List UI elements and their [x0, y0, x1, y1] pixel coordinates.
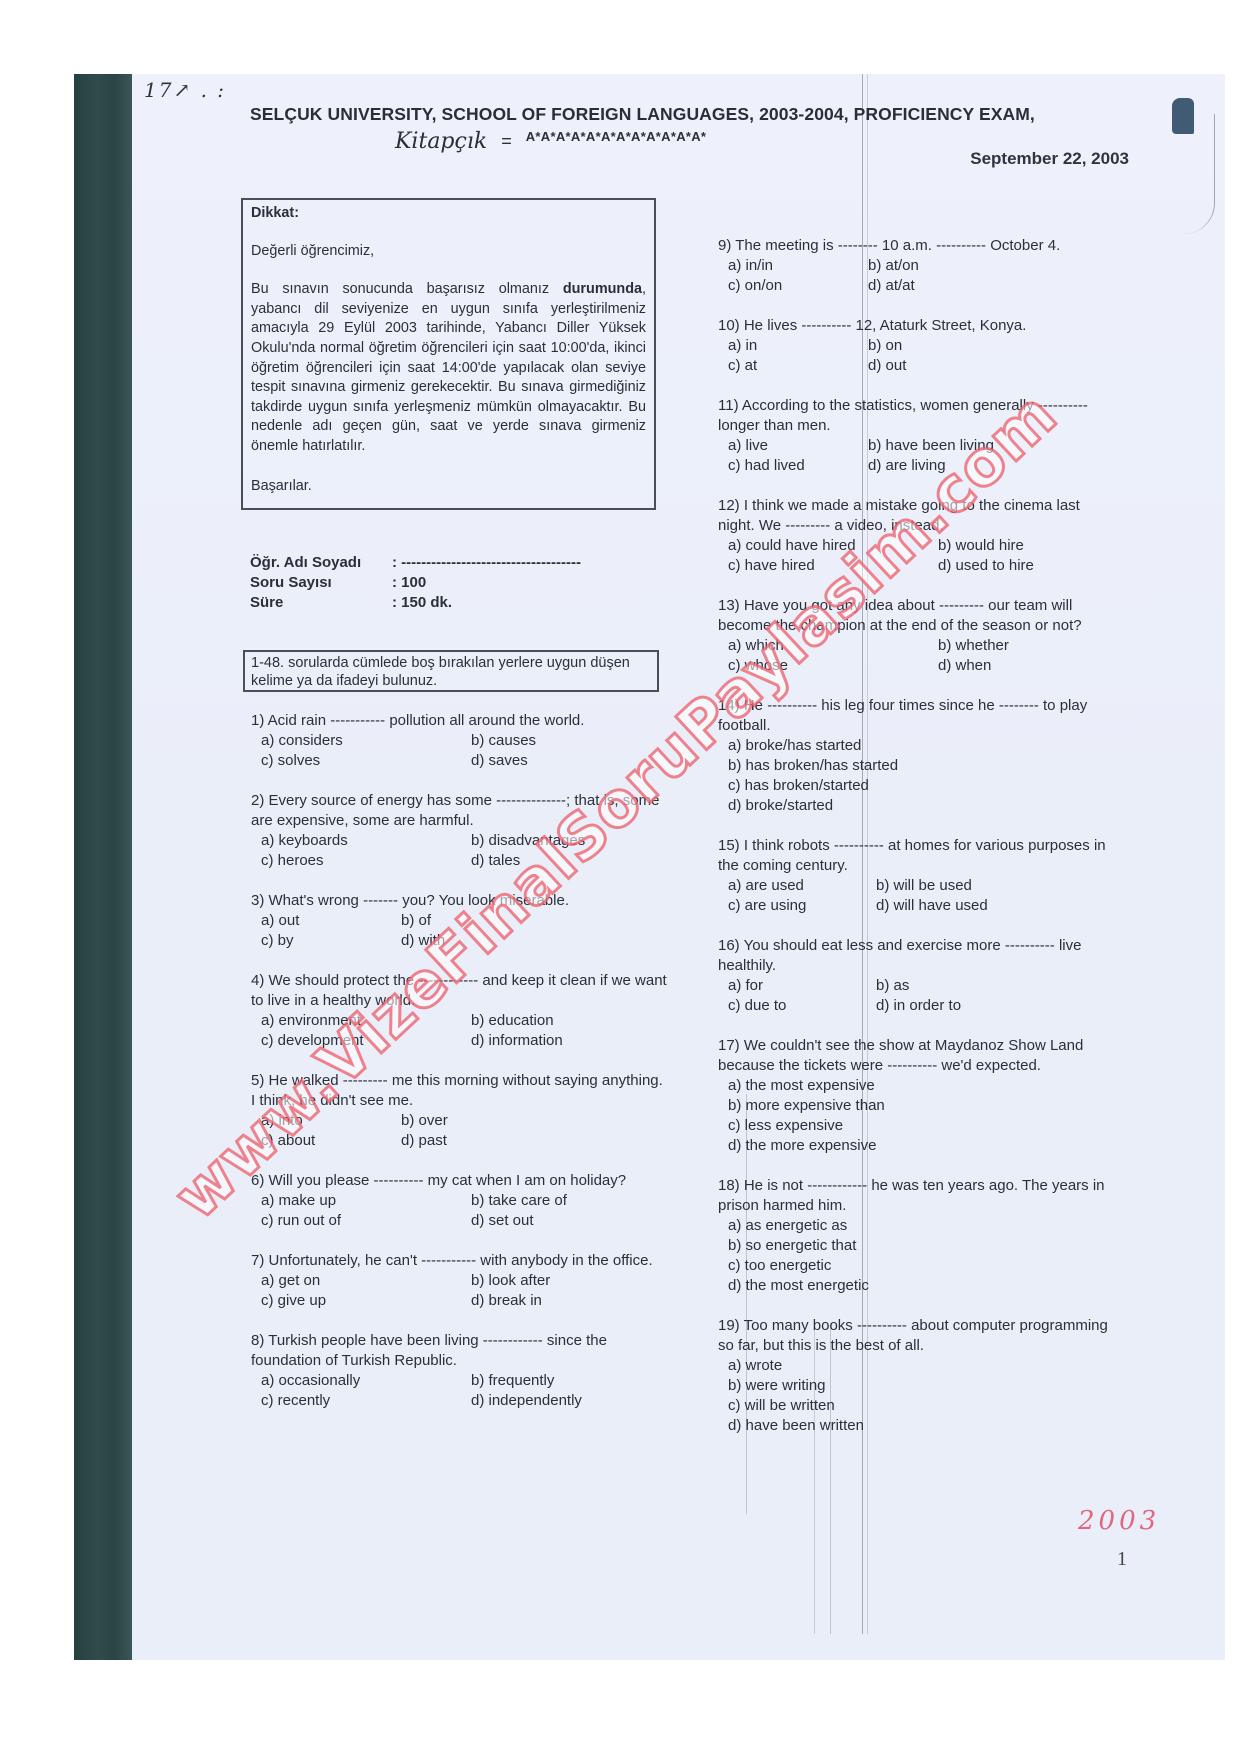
student-info-row: Soru Sayısı: 100 [250, 573, 581, 593]
question-4: 4) We should protect the ------------ an… [251, 971, 671, 1051]
answer-option[interactable]: c) run out of [261, 1211, 471, 1231]
answer-option[interactable]: d) out [868, 356, 1118, 376]
question-13: 13) Have you got any idea about --------… [718, 596, 1118, 676]
question-7: 7) Unfortunately, he can't ----------- w… [251, 1251, 671, 1311]
answer-option[interactable]: c) due to [728, 996, 876, 1016]
answer-option[interactable]: b) so energetic that [728, 1236, 1118, 1256]
question-stem: 13) Have you got any idea about --------… [718, 596, 1118, 636]
answer-option[interactable]: c) are using [728, 896, 876, 916]
answer-option[interactable]: c) at [728, 356, 868, 376]
student-info-row: Öğr. Adı Soyadı: -----------------------… [250, 553, 581, 573]
answer-options: a) whichb) whetherc) whosed) when [718, 636, 1118, 676]
question-stem: 18) He is not ------------ he was ten ye… [718, 1176, 1118, 1216]
answer-option[interactable]: d) tales [471, 851, 671, 871]
answer-option[interactable]: c) will be written [728, 1396, 1118, 1416]
question-stem: 1) Acid rain ----------- pollution all a… [251, 711, 671, 731]
answer-option[interactable]: b) has broken/has started [728, 756, 1118, 776]
answer-option[interactable]: d) independently [471, 1391, 671, 1411]
answer-options: a) could have hiredb) would hirec) have … [718, 536, 1118, 576]
answer-option[interactable]: d) set out [471, 1211, 671, 1231]
answer-options: a) forb) asc) due tod) in order to [718, 976, 1118, 1016]
question-stem: 9) The meeting is -------- 10 a.m. -----… [718, 236, 1118, 256]
question-stem: 11) According to the statistics, women g… [718, 396, 1118, 436]
info-label: Soru Sayısı [250, 573, 392, 593]
answer-option[interactable]: a) live [728, 436, 868, 456]
answer-option[interactable]: a) are used [728, 876, 876, 896]
answer-option[interactable]: a) which [728, 636, 938, 656]
answer-options: a) make upb) take care ofc) run out ofd)… [251, 1191, 671, 1231]
corner-scribble: 17↗ . : [144, 78, 226, 102]
question-stem: 16) You should eat less and exercise mor… [718, 936, 1118, 976]
question-stem: 12) I think we made a mistake going to t… [718, 496, 1118, 536]
answer-option[interactable]: d) used to hire [938, 556, 1118, 576]
info-value: : 100 [392, 573, 426, 593]
answer-option[interactable]: c) give up [261, 1291, 471, 1311]
answer-options: a) inb) onc) atd) out [718, 336, 1118, 376]
answer-option[interactable]: a) the most expensive [728, 1076, 1118, 1096]
answer-options: a) the most expensiveb) more expensive t… [718, 1076, 1118, 1156]
answer-option[interactable]: b) on [868, 336, 1118, 356]
answer-option[interactable]: a) could have hired [728, 536, 938, 556]
answer-options: a) get onb) look afterc) give upd) break… [251, 1271, 671, 1311]
notice-body: Bu sınavın sonucunda başarısız olmanız d… [251, 280, 646, 456]
answer-option[interactable]: d) broke/started [728, 796, 1118, 816]
booklet-code: A*A*A*A*A*A*A*A*A*A*A*A* [526, 129, 707, 144]
answer-option[interactable]: b) more expensive than [728, 1096, 1118, 1116]
question-8: 8) Turkish people have been living -----… [251, 1331, 671, 1411]
answer-option[interactable]: a) in [728, 336, 868, 356]
answer-option[interactable]: a) in/in [728, 256, 868, 276]
question-15: 15) I think robots ---------- at homes f… [718, 836, 1118, 916]
page-curl-line [1184, 114, 1215, 234]
student-info: Öğr. Adı Soyadı: -----------------------… [250, 553, 581, 613]
answer-option[interactable]: c) too energetic [728, 1256, 1118, 1276]
question-stem: 5) He walked --------- me this morning w… [251, 1071, 671, 1111]
answer-option[interactable]: a) broke/has started [728, 736, 1118, 756]
student-info-row: Süre: 150 dk. [250, 593, 581, 613]
answer-option[interactable]: a) get on [261, 1271, 471, 1291]
info-label: Süre [250, 593, 392, 613]
answer-option[interactable]: d) saves [471, 751, 671, 771]
exam-title: SELÇUK UNIVERSITY, SCHOOL OF FOREIGN LAN… [250, 104, 1150, 125]
answer-option[interactable]: a) make up [261, 1191, 471, 1211]
question-stem: 4) We should protect the ------------ an… [251, 971, 671, 1011]
question-stem: 6) Will you please ---------- my cat whe… [251, 1171, 671, 1191]
question-stem: 15) I think robots ---------- at homes f… [718, 836, 1118, 876]
answer-option[interactable]: a) as energetic as [728, 1216, 1118, 1236]
answer-option[interactable]: d) break in [471, 1291, 671, 1311]
question-stem: 19) Too many books ---------- about comp… [718, 1316, 1118, 1356]
answer-option[interactable]: a) considers [261, 731, 471, 751]
answer-option[interactable]: c) solves [261, 751, 471, 771]
answer-option[interactable]: a) wrote [728, 1356, 1118, 1376]
answer-option[interactable]: d) in order to [876, 996, 1118, 1016]
answer-option[interactable]: a) out [261, 911, 401, 931]
question-16: 16) You should eat less and exercise mor… [718, 936, 1118, 1016]
answer-options: a) occasionallyb) frequentlyc) recentlyd… [251, 1371, 671, 1411]
answer-option[interactable]: d) have been written [728, 1416, 1118, 1436]
answer-option[interactable]: c) have hired [728, 556, 938, 576]
notice-box: Dikkat: Değerli öğrencimiz, Bu sınavın s… [241, 198, 656, 510]
binding-strip [74, 74, 132, 1660]
question-14: 14) He ---------- his leg four times sin… [718, 696, 1118, 816]
question-stem: 17) We couldn't see the show at Maydanoz… [718, 1036, 1118, 1076]
question-19: 19) Too many books ---------- about comp… [718, 1316, 1118, 1436]
answer-option[interactable]: a) environment [261, 1011, 471, 1031]
notice-body-rest: , yabancı dil seviyenize en uygun sınıfa… [251, 281, 646, 454]
answer-option[interactable]: c) about [261, 1131, 401, 1151]
question-6: 6) Will you please ---------- my cat whe… [251, 1171, 671, 1231]
instruction-box: 1-48. sorularda cümlede boş bırakılan ye… [243, 650, 659, 692]
question-12: 12) I think we made a mistake going to t… [718, 496, 1118, 576]
answer-options: a) outb) ofc) byd) with [251, 911, 671, 951]
answer-option[interactable]: a) into [261, 1111, 401, 1131]
answer-option[interactable]: d) the most energetic [728, 1276, 1118, 1296]
question-stem: 7) Unfortunately, he can't ----------- w… [251, 1251, 671, 1271]
answer-options: a) broke/has startedb) has broken/has st… [718, 736, 1118, 816]
answer-option[interactable]: b) whether [938, 636, 1118, 656]
answer-options: a) wroteb) were writingc) will be writte… [718, 1356, 1118, 1436]
answer-option[interactable]: c) on/on [728, 276, 868, 296]
answer-option[interactable]: c) had lived [728, 456, 868, 476]
notice-closing: Başarılar. [251, 477, 646, 497]
answer-option[interactable]: b) causes [471, 731, 671, 751]
answer-option[interactable]: d) the more expensive [728, 1136, 1118, 1156]
page-number: 1 [1117, 1548, 1127, 1571]
question-5: 5) He walked --------- me this morning w… [251, 1071, 671, 1151]
answer-options: a) intob) overc) aboutd) past [251, 1111, 671, 1151]
answer-option[interactable]: c) development [261, 1031, 471, 1051]
question-11: 11) According to the statistics, women g… [718, 396, 1118, 476]
questions-column-left: 1) Acid rain ----------- pollution all a… [251, 711, 671, 1431]
answer-option[interactable]: d) will have used [876, 896, 1118, 916]
answer-option[interactable]: b) disadvantages [471, 831, 671, 851]
answer-option[interactable]: b) frequently [471, 1371, 671, 1391]
answer-option[interactable]: b) as [876, 976, 1118, 996]
answer-option[interactable]: d) are living [868, 456, 1118, 476]
answer-options: a) keyboardsb) disadvantagesc) heroesd) … [251, 831, 671, 871]
answer-option[interactable]: b) look after [471, 1271, 671, 1291]
question-18: 18) He is not ------------ he was ten ye… [718, 1176, 1118, 1296]
answer-option[interactable]: c) recently [261, 1391, 471, 1411]
answer-option[interactable]: c) heroes [261, 851, 471, 871]
info-value: : 150 dk. [392, 593, 452, 613]
question-1: 1) Acid rain ----------- pollution all a… [251, 711, 671, 771]
notice-body-bold: durumunda [563, 281, 642, 297]
question-stem: 10) He lives ---------- 12, Ataturk Stre… [718, 316, 1118, 336]
answer-option[interactable]: c) less expensive [728, 1116, 1118, 1136]
answer-option[interactable]: b) take care of [471, 1191, 671, 1211]
answer-option[interactable]: c) by [261, 931, 401, 951]
answer-option[interactable]: a) occasionally [261, 1371, 471, 1391]
exam-date: September 22, 2003 [0, 149, 1240, 169]
answer-options: a) considersb) causesc) solvesd) saves [251, 731, 671, 771]
answer-option[interactable]: b) of [401, 911, 671, 931]
answer-option[interactable]: c) whose [728, 656, 938, 676]
answer-option[interactable]: a) for [728, 976, 876, 996]
answer-options: a) environmentb) educationc) development… [251, 1011, 671, 1051]
info-label: Öğr. Adı Soyadı [250, 553, 392, 573]
answer-options: a) as energetic asb) so energetic thatc)… [718, 1216, 1118, 1296]
answer-option[interactable]: b) at/on [868, 256, 1118, 276]
answer-option[interactable]: a) keyboards [261, 831, 471, 851]
student-name-field[interactable]: : ------------------------------------ [392, 553, 581, 573]
answer-option[interactable]: d) with [401, 931, 671, 951]
notice-body-lead: Bu sınavın sonucunda başarısız olmanız [251, 281, 549, 297]
answer-option[interactable]: d) past [401, 1131, 671, 1151]
notice-greeting: Değerli öğrencimiz, [251, 242, 646, 262]
answer-options: a) in/inb) at/onc) on/ond) at/at [718, 256, 1118, 296]
answer-option[interactable]: b) have been living [868, 436, 1118, 456]
answer-option[interactable]: b) will be used [876, 876, 1118, 896]
answer-options: a) liveb) have been livingc) had livedd)… [718, 436, 1118, 476]
notice-title: Dikkat: [251, 204, 646, 224]
answer-option[interactable]: c) has broken/started [728, 776, 1118, 796]
answer-option[interactable]: d) information [471, 1031, 671, 1051]
answer-option[interactable]: d) when [938, 656, 1118, 676]
question-9: 9) The meeting is -------- 10 a.m. -----… [718, 236, 1118, 296]
question-3: 3) What's wrong ------- you? You look mi… [251, 891, 671, 951]
question-10: 10) He lives ---------- 12, Ataturk Stre… [718, 316, 1118, 376]
question-17: 17) We couldn't see the show at Maydanoz… [718, 1036, 1118, 1156]
question-stem: 3) What's wrong ------- you? You look mi… [251, 891, 671, 911]
questions-column-right: 9) The meeting is -------- 10 a.m. -----… [718, 236, 1118, 1456]
answer-option[interactable]: b) were writing [728, 1376, 1118, 1396]
answer-options: a) are usedb) will be usedc) are usingd)… [718, 876, 1118, 916]
answer-option[interactable]: b) education [471, 1011, 671, 1031]
answer-option[interactable]: b) would hire [938, 536, 1118, 556]
question-stem: 2) Every source of energy has some -----… [251, 791, 671, 831]
question-stem: 14) He ---------- his leg four times sin… [718, 696, 1118, 736]
question-stem: 8) Turkish people have been living -----… [251, 1331, 671, 1371]
question-2: 2) Every source of energy has some -----… [251, 791, 671, 871]
answer-option[interactable]: b) over [401, 1111, 671, 1131]
handwritten-year: 2003 [1078, 1506, 1160, 1536]
answer-option[interactable]: d) at/at [868, 276, 1118, 296]
